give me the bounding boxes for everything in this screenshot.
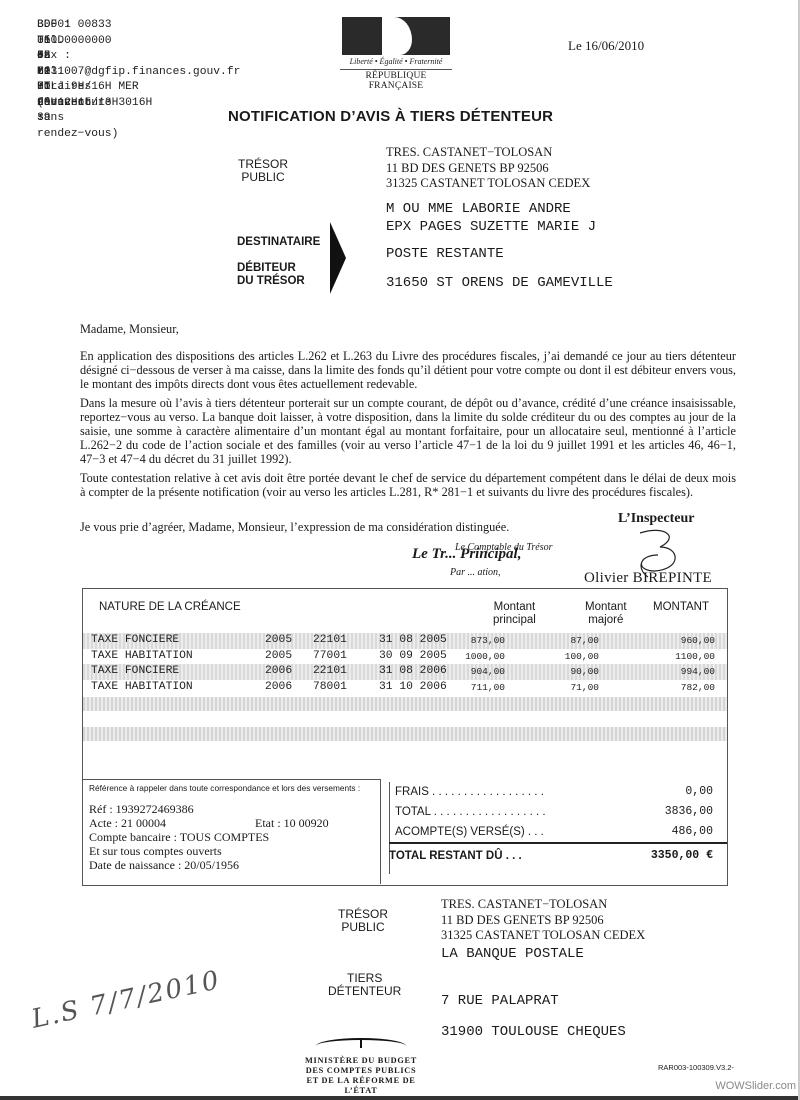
sender-address: TRES. CASTANET−TOLOSAN 11 BD DES GENETS … bbox=[386, 145, 590, 192]
header-majore-line: Montant bbox=[585, 601, 627, 614]
logo-motto: Liberté • Égalité • Fraternité bbox=[340, 57, 452, 66]
cell-majore: 71,00 bbox=[570, 680, 599, 696]
address-line: 11 BD DES GENETS BP 92506 bbox=[386, 161, 590, 177]
total-label: TOTAL . . . . . . . . . . . . . . . . . … bbox=[395, 802, 546, 822]
etat-number: Etat : 10 00920 bbox=[255, 816, 329, 831]
third-party-label-line: DÉTENTEUR bbox=[328, 985, 401, 998]
cell-nature: TAXE FONCIERE bbox=[91, 633, 179, 649]
cell-nature: TAXE HABITATION bbox=[91, 680, 193, 696]
cell-year: 2006 bbox=[265, 664, 292, 680]
header-montant: MONTANT bbox=[653, 601, 709, 614]
marianne-icon bbox=[342, 17, 450, 55]
third-party-label: TIERS DÉTENTEUR bbox=[328, 972, 401, 998]
watermark: WOWSlider.com bbox=[715, 1080, 796, 1092]
bank-city: 31900 TOULOUSE CHEQUES bbox=[441, 1024, 626, 1040]
cell-date: 31 08 2005 bbox=[379, 633, 447, 649]
signatory-name: Olivier BIREPINTE bbox=[584, 570, 712, 587]
summary-acompte: ACOMPTE(S) VERSÉ(S) . . . 486,00 bbox=[389, 822, 727, 842]
cell-montant: 994,00 bbox=[681, 664, 715, 680]
debtor-label: DÉBITEUR DU TRÉSOR bbox=[237, 262, 305, 288]
cell-code: 77001 bbox=[313, 649, 347, 665]
summary-total: TOTAL . . . . . . . . . . . . . . . . . … bbox=[389, 802, 727, 822]
sender-label-line: PUBLIC bbox=[338, 921, 388, 934]
delegation-text: Par ... ation, bbox=[450, 567, 501, 578]
header-principal-line: Montant bbox=[493, 601, 536, 614]
empty-row-shading bbox=[83, 727, 727, 741]
acte-number: Acte : 21 00004 bbox=[89, 816, 269, 830]
cell-principal: 1000,00 bbox=[465, 649, 505, 665]
reference-header: Référence à rappeler dans toute correspo… bbox=[89, 783, 360, 793]
frais-label: FRAIS . . . . . . . . . . . . . . . . . … bbox=[395, 782, 544, 802]
cell-principal: 711,00 bbox=[471, 680, 505, 696]
ministry-line: ET DE LA RÉFORME DE L’ÉTAT bbox=[298, 1076, 424, 1096]
document-reference: RAR003-100309.V3.2- bbox=[658, 1063, 734, 1072]
recipient-label: DESTINATAIRE bbox=[237, 236, 320, 249]
debtor-label-line: DU TRÉSOR bbox=[237, 275, 305, 288]
ministry-line: DES COMPTES PUBLICS bbox=[298, 1066, 424, 1076]
cell-principal: 904,00 bbox=[471, 664, 505, 680]
remaining-value: 3350,00 € bbox=[651, 844, 713, 868]
cell-majore: 90,00 bbox=[570, 664, 599, 680]
cell-year: 2005 bbox=[265, 649, 292, 665]
email-value: t031007@dgfip.finances.gouv.fr bbox=[37, 65, 240, 81]
sender-label-2: TRÉSOR PUBLIC bbox=[338, 908, 388, 934]
arrow-right-icon bbox=[330, 222, 346, 294]
header-majore-line: majoré bbox=[585, 614, 627, 627]
paragraph-1: En application des dispositions des arti… bbox=[80, 349, 736, 391]
reference-box: Référence à rappeler dans toute correspo… bbox=[83, 779, 381, 884]
bottom-border bbox=[0, 1096, 800, 1100]
document-date: Le 16/06/2010 bbox=[568, 38, 644, 54]
cell-nature: TAXE HABITATION bbox=[91, 649, 193, 665]
address-line: 31325 CASTANET TOLOSAN CEDEX bbox=[386, 176, 590, 192]
cell-code: 22101 bbox=[313, 664, 347, 680]
appointment-note: (avec ou sans rendez−vous) bbox=[37, 96, 118, 143]
acompte-label: ACOMPTE(S) VERSÉ(S) . . . bbox=[395, 822, 544, 842]
address-line: 11 BD DES GENETS BP 92506 bbox=[441, 913, 645, 929]
sender-label: TRÉSOR PUBLIC bbox=[238, 158, 288, 184]
cell-date: 31 10 2006 bbox=[379, 680, 447, 696]
cell-date: 30 09 2005 bbox=[379, 649, 447, 665]
total-value: 3836,00 bbox=[665, 802, 713, 822]
frais-value: 0,00 bbox=[685, 782, 713, 802]
header-principal-line: principal bbox=[493, 614, 536, 627]
header-majore: Montant majoré bbox=[585, 601, 627, 627]
address-line: TRES. CASTANET−TOLOSAN bbox=[441, 897, 645, 913]
summary-box: FRAIS . . . . . . . . . . . . . . . . . … bbox=[389, 782, 727, 868]
marianne-logo: Liberté • Égalité • Fraternité RÉPUBLIQU… bbox=[340, 15, 452, 90]
cell-nature: TAXE FONCIERE bbox=[91, 664, 179, 680]
recipient-line: M OU MME LABORIE ANDRE bbox=[386, 200, 613, 218]
bank-name: LA BANQUE POSTALE bbox=[441, 946, 584, 962]
stamp-text: Le Tr... Principal, bbox=[412, 546, 521, 563]
ministry-arc-icon bbox=[316, 1038, 406, 1054]
bank-account: Compte bancaire : TOUS COMPTES bbox=[89, 830, 269, 844]
header-principal: Montant principal bbox=[493, 601, 536, 627]
all-accounts: Et sur tous comptes ouverts bbox=[89, 844, 269, 858]
summary-frais: FRAIS . . . . . . . . . . . . . . . . . … bbox=[389, 782, 727, 802]
reference-details: Réf : 1939272469386 Acte : 21 00004 Comp… bbox=[89, 802, 269, 872]
cell-date: 31 08 2006 bbox=[379, 664, 447, 680]
cell-code: 78001 bbox=[313, 680, 347, 696]
paragraph-2: Dans la mesure où l’avis à tiers détente… bbox=[80, 396, 736, 466]
greeting: Madame, Monsieur, bbox=[80, 322, 736, 336]
bank-street: 7 RUE PALAPRAT bbox=[441, 993, 559, 1009]
cell-year: 2005 bbox=[265, 633, 292, 649]
reference-number: Réf : 1939272469386 bbox=[89, 802, 269, 816]
table-row: TAXE FONCIERE 2006 22101 31 08 2006 904,… bbox=[83, 664, 727, 680]
debtor-label-line: DÉBITEUR bbox=[237, 262, 305, 275]
table-row: TAXE HABITATION 2006 78001 31 10 2006 71… bbox=[83, 680, 727, 696]
table-row: TAXE FONCIERE 2005 22101 31 08 2005 873,… bbox=[83, 633, 727, 649]
empty-row-shading bbox=[83, 697, 727, 711]
remaining-label: TOTAL RESTANT DÛ . . . bbox=[389, 844, 522, 868]
sender-address-2: TRES. CASTANET−TOLOSAN 11 BD DES GENETS … bbox=[441, 897, 645, 944]
header-nature: NATURE DE LA CRÉANCE bbox=[99, 601, 241, 614]
address-line: TRES. CASTANET−TOLOSAN bbox=[386, 145, 590, 161]
cell-code: 22101 bbox=[313, 633, 347, 649]
cell-montant: 1100,00 bbox=[675, 649, 715, 665]
cell-montant: 960,00 bbox=[681, 633, 715, 649]
cell-principal: 873,00 bbox=[471, 633, 505, 649]
cell-majore: 100,00 bbox=[565, 649, 599, 665]
paragraph-3: Toute contestation relative à cet avis d… bbox=[80, 471, 736, 499]
ministry-line: MINISTÈRE DU BUDGET bbox=[298, 1056, 424, 1066]
contact-block: BDF : 30001 00833 310D0000000 48 Tél. : … bbox=[37, 18, 44, 111]
recipient-line: POSTE RESTANTE bbox=[386, 245, 613, 263]
cell-montant: 782,00 bbox=[681, 680, 715, 696]
address-line: 31325 CASTANET TOLOSAN CEDEX bbox=[441, 928, 645, 944]
table-row: TAXE HABITATION 2005 77001 30 09 2005 10… bbox=[83, 649, 727, 665]
birth-date: Date de naissance : 20/05/1956 bbox=[89, 858, 269, 872]
recipient-address: M OU MME LABORIE ANDRE EPX PAGES SUZETTE… bbox=[386, 200, 613, 292]
cell-year: 2006 bbox=[265, 680, 292, 696]
page-title: NOTIFICATION D’AVIS À TIERS DÉTENTEUR bbox=[228, 108, 553, 125]
claims-table: NATURE DE LA CRÉANCE Montant principal M… bbox=[82, 588, 728, 886]
table-body: TAXE FONCIERE 2005 22101 31 08 2005 873,… bbox=[83, 633, 727, 695]
recipient-line: EPX PAGES SUZETTE MARIE J bbox=[386, 218, 613, 236]
logo-name: RÉPUBLIQUE FRANÇAISE bbox=[340, 69, 452, 91]
cell-majore: 87,00 bbox=[570, 633, 599, 649]
sender-label-line: PUBLIC bbox=[238, 171, 288, 184]
handwritten-note: L.S 7/7/2010 bbox=[29, 965, 223, 1034]
recipient-line: 31650 ST ORENS DE GAMEVILLE bbox=[386, 274, 613, 292]
summary-remaining: TOTAL RESTANT DÛ . . . 3350,00 € bbox=[389, 842, 727, 868]
acompte-value: 486,00 bbox=[672, 822, 713, 842]
ministry-logo: MINISTÈRE DU BUDGET DES COMPTES PUBLICS … bbox=[298, 1038, 424, 1096]
